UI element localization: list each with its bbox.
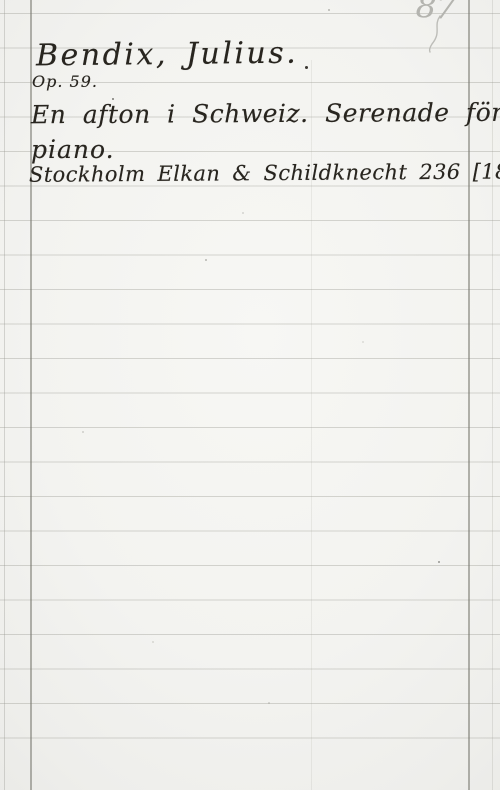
stray-ink-dot: [305, 66, 308, 69]
opus-number: Op. 59.: [32, 73, 98, 91]
scan-edge-line-left: [4, 0, 5, 790]
pencil-stroke-icon: [420, 12, 464, 56]
title-line-2: piano.: [31, 136, 115, 164]
catalog-card-scan: 87 Bendix, Julius. Op. 59. En afton i Sc…: [0, 0, 500, 790]
title-line-1: En afton i Schweiz. Serenade för: [31, 99, 500, 129]
author-heading: Bendix, Julius.: [36, 37, 299, 73]
imprint-line: Stockholm Elkan & Schildknecht 236 [1864…: [29, 160, 500, 187]
